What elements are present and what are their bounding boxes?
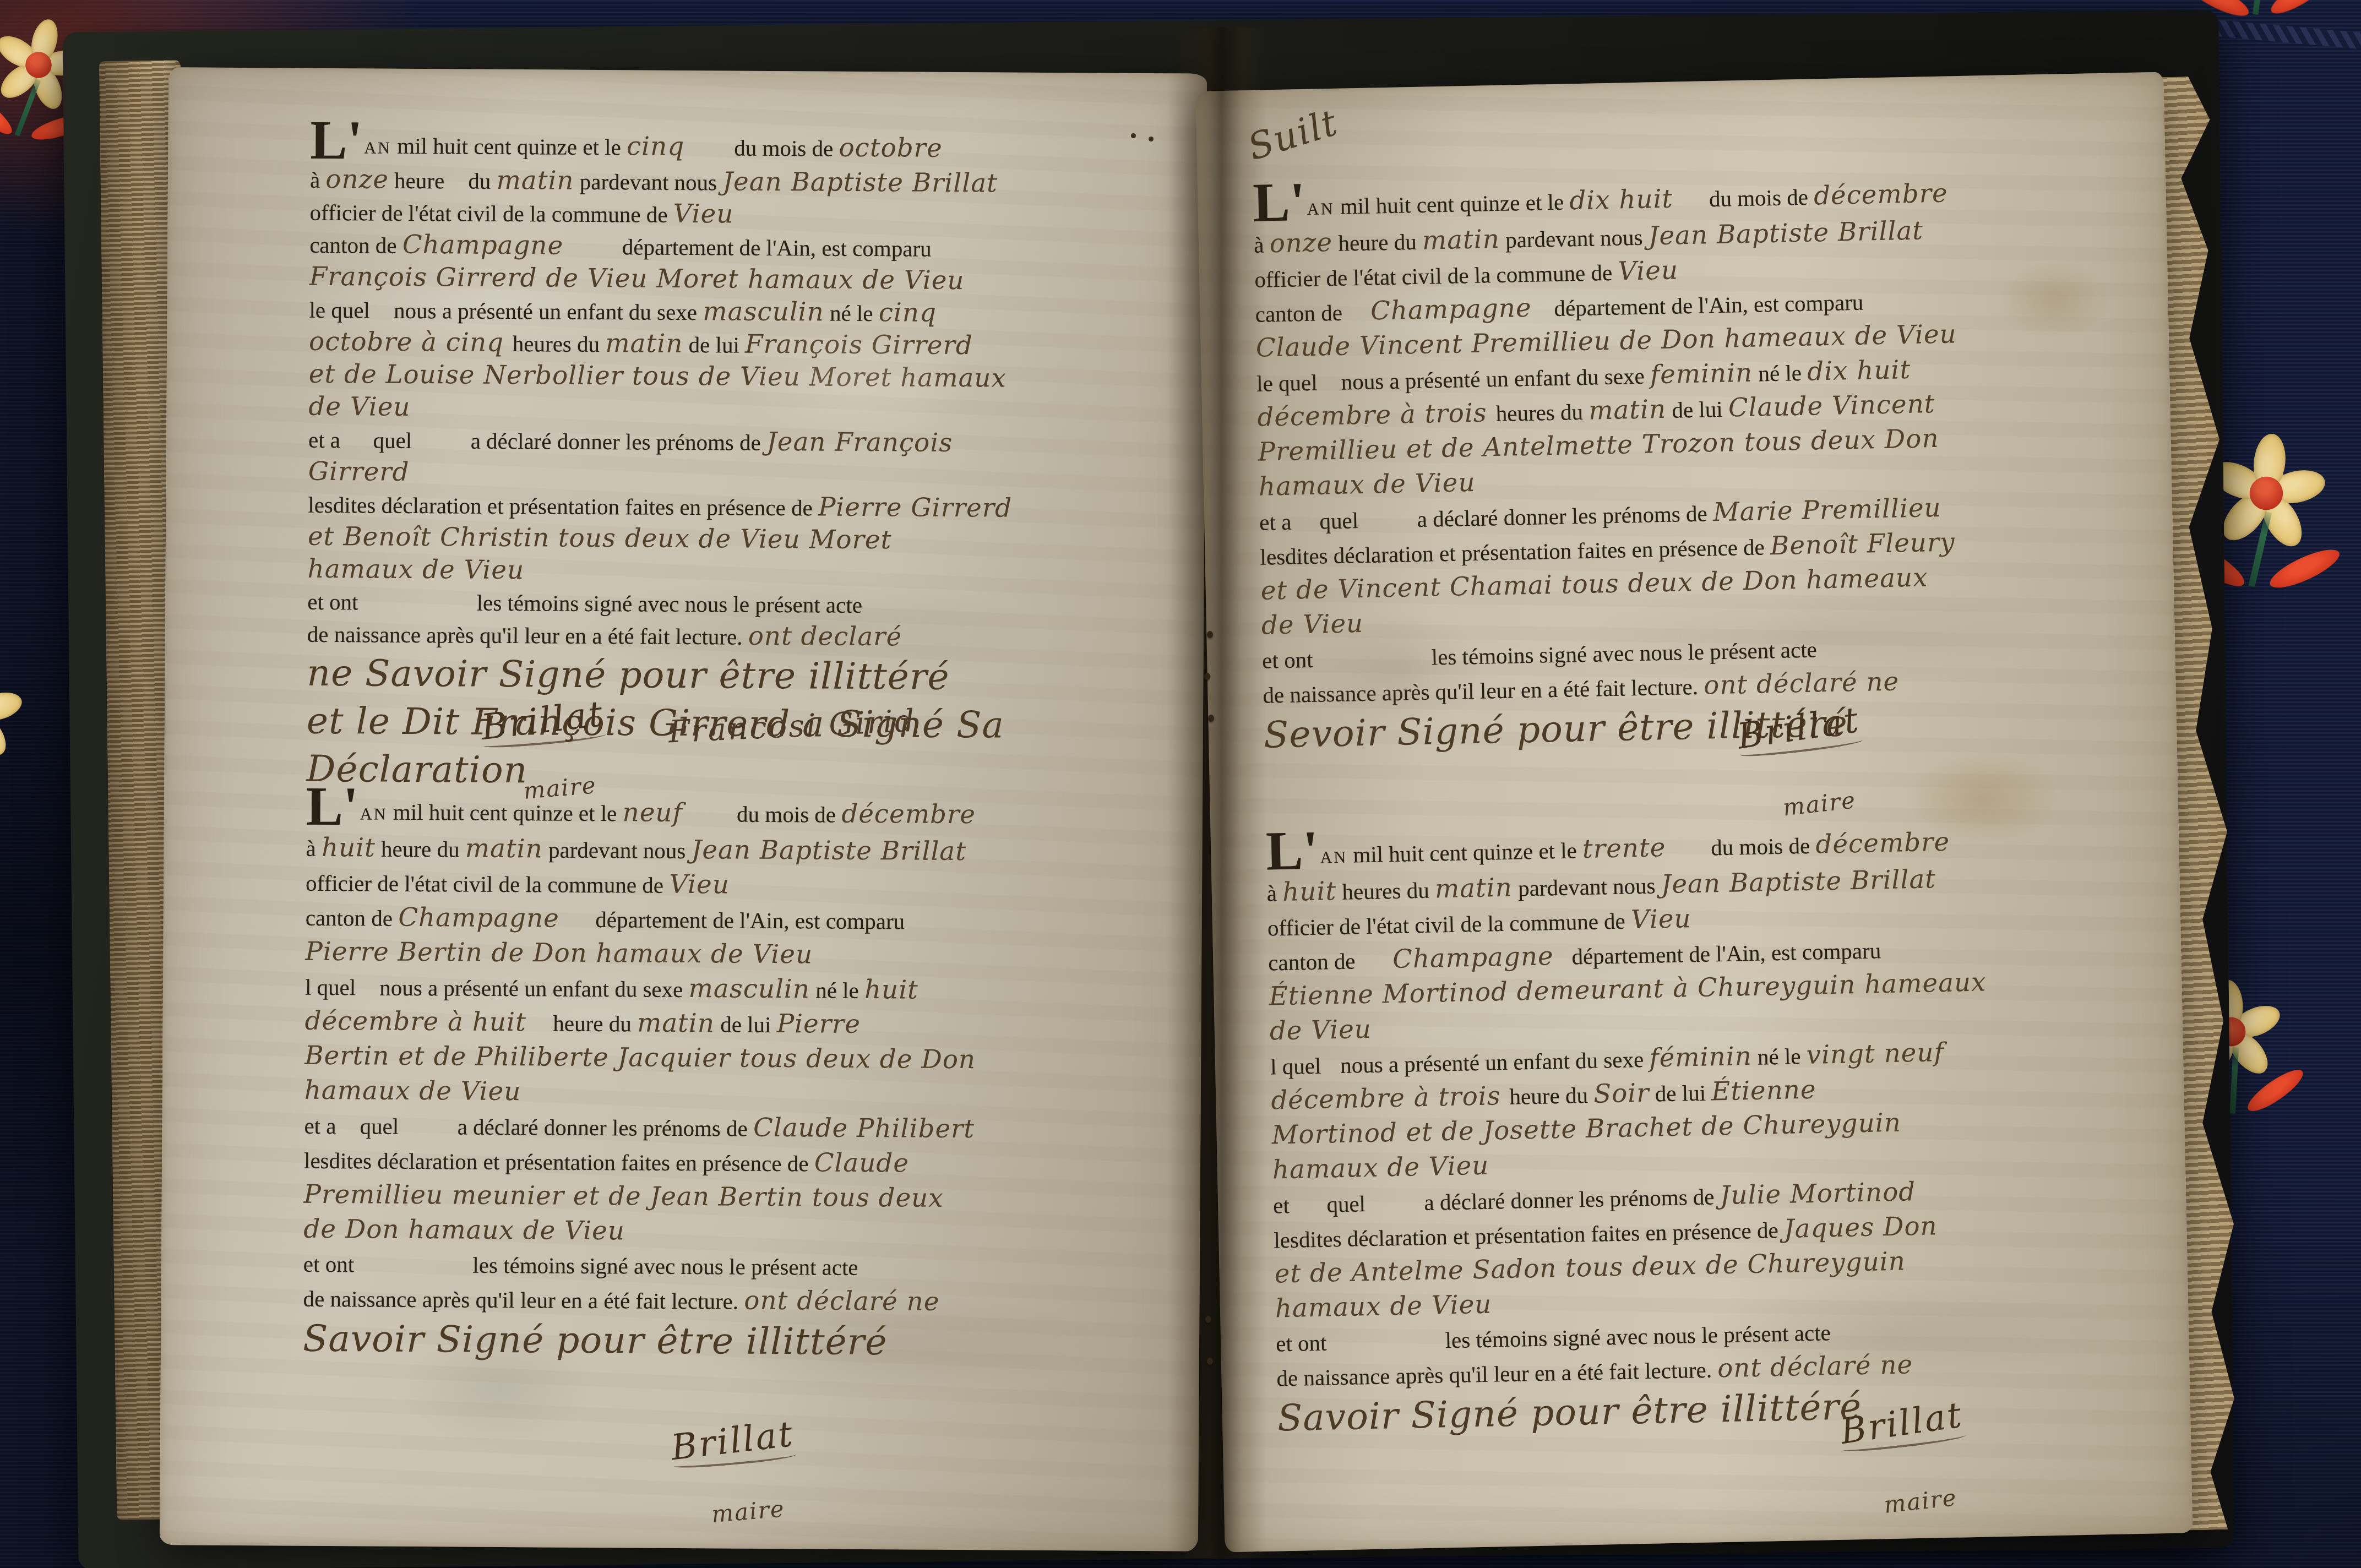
printed-text: l quel (1270, 1053, 1327, 1079)
handwritten-text: ont déclaré ne (1704, 667, 1900, 700)
handwritten-text: matin (1588, 395, 1667, 426)
handwritten-text: Jean Baptiste Brillat (691, 835, 966, 867)
text-line: de naissance après qu'il leur en a été f… (307, 618, 1188, 656)
handwritten-text: octobre (839, 133, 942, 164)
printed-text: les témoins signé avec nous le présent a… (472, 1253, 858, 1280)
text-line: et ont les témoins signé avec nous le pr… (307, 586, 1188, 623)
printed-text: du mois de (734, 135, 839, 161)
handwritten-text: Julie Mortinod (1720, 1177, 1916, 1211)
text-line: canton de Champagnedépartement de l'Ain,… (306, 900, 1187, 940)
printed-text: à (306, 836, 322, 861)
printed-text: né le (1751, 1043, 1807, 1070)
printed-text: de lui (1666, 396, 1729, 423)
printed-text: de naissance après qu'il leur en a été f… (1276, 1357, 1718, 1391)
handwritten-text: Champagne (402, 230, 564, 261)
printed-text: de naissance après qu'il leur en a été f… (1263, 674, 1704, 708)
handwritten-text: cinq (879, 298, 937, 328)
handwritten-text: neuf (622, 798, 682, 828)
printed-text: heures du (1495, 399, 1588, 426)
handwritten-text: Jean Baptiste Brillat (1661, 864, 1936, 900)
printed-text: a déclaré donner les prénoms de (471, 428, 767, 455)
printed-text: à (1254, 232, 1270, 258)
handwritten-text: hamaux de Vieu (1258, 468, 1476, 502)
text-line: Girrerd (308, 456, 1189, 494)
printed-text: AN (360, 804, 388, 823)
handwritten-text: matin (1422, 225, 1500, 256)
handwritten-text: Champagne (398, 903, 559, 934)
text-line: l quel nous a présenté un enfant du sexe… (305, 970, 1186, 1010)
handwritten-text: huit (322, 833, 376, 863)
text-line: de naissance après qu'il leur en a été f… (303, 1281, 1184, 1321)
binding-stitch (1204, 673, 1210, 680)
printed-text: à (310, 167, 326, 193)
signature-title: maire (710, 1495, 786, 1528)
printed-text: heures du (513, 331, 606, 357)
text-line: officier de l'état civil de la commune d… (306, 865, 1187, 906)
handwritten-text: Champagne (1370, 293, 1532, 326)
binding-stitch (1205, 1316, 1211, 1323)
text-line: et a quela déclaré donner les prénoms de… (304, 1108, 1185, 1148)
handwritten-text: Marie Premillieu (1712, 493, 1941, 527)
printed-text: officier de l'état civil de la commune d… (1254, 260, 1618, 292)
printed-text: mil huit cent quinze et le (1347, 837, 1583, 868)
text-line: Bertin et de Philiberte Jacquier tous de… (304, 1039, 1185, 1079)
handwritten-text: huit (864, 975, 918, 1005)
printed-text: pardevant nous (1512, 873, 1661, 901)
handwritten-text: ont déclaré ne (744, 1286, 939, 1317)
printed-text: pardevant nous (574, 169, 722, 195)
handwritten-text: ont declaré (748, 622, 902, 652)
photo-of-register: L'AN mil huit cent quinze et le cinqdu m… (0, 0, 2361, 1568)
printed-text: de naissance après qu'il leur en a été f… (307, 622, 748, 650)
printed-text: mil huit cent quinze et le (391, 133, 627, 160)
printed-text: a déclaré donner les prénoms de (1417, 500, 1713, 532)
printed-text: lesdites déclaration et présentation fai… (1274, 1217, 1784, 1253)
text-line: hamaux de Vieu (304, 1074, 1185, 1114)
printed-text: mil huit cent quinze et le (1334, 189, 1570, 219)
right-page: L'AN mil huit cent quinze et le dix huit… (1196, 72, 2193, 1553)
form-blank (1297, 529, 1320, 530)
printed-text: quel (1319, 508, 1359, 533)
printed-text: les témoins signé avec nous le présent a… (1445, 1320, 1831, 1353)
binding-stitch (1207, 631, 1213, 638)
printed-text: et a (1259, 509, 1297, 535)
form-blank (364, 609, 477, 610)
handwritten-text: de Don hamaux de Vieu (303, 1215, 625, 1246)
handwritten-text: ne Savoir Signé pour être illittéré (307, 652, 950, 698)
printed-text: nous a présenté un enfant du sexe (1341, 363, 1650, 394)
text-line: et a quela déclaré donner les prénoms de… (308, 423, 1189, 461)
form-blank (360, 1272, 472, 1272)
handwritten-text: cinq (627, 132, 684, 162)
text-line: à huit heure du matin pardevant nous Jea… (306, 831, 1187, 871)
printed-text: né le (824, 301, 879, 326)
handwritten-text: décembre à trois (1257, 398, 1496, 433)
printed-text: du mois de (1711, 833, 1816, 861)
handwritten-text: Jean Baptiste Brillat (722, 167, 998, 198)
printed-text: AN (1307, 199, 1334, 219)
printed-text: et a (308, 427, 346, 453)
printed-text: L' (1252, 171, 1305, 233)
form-blank (1366, 1210, 1424, 1211)
handwritten-text: Pierre Bertin de Don hamaux de Vieu (305, 937, 813, 970)
paraphe-mark: Suilt (1243, 101, 1343, 169)
handwritten-text: matin (637, 1008, 715, 1038)
binding-stitch (1207, 1358, 1213, 1365)
printed-text: du (468, 168, 497, 194)
text-line: et Benoît Christin tous deux de Vieu Mor… (308, 521, 1189, 559)
printed-text: heure du (553, 1011, 637, 1037)
printed-text: officier de l'état civil de la commune d… (306, 870, 669, 898)
handwritten-text: Claude Philibert (753, 1113, 975, 1144)
handwritten-text: Pierre (777, 1009, 861, 1039)
binding-stitch (1208, 715, 1214, 722)
handwritten-text: décembre à huit (304, 1006, 535, 1038)
form-blank (1319, 665, 1432, 667)
birth-act-left-2: L'AN mil huit cent quinze et le neufdu m… (303, 794, 1187, 1369)
handwritten-text: Vieu (1630, 904, 1691, 935)
text-line: à onze heure du matin pardevant nous Jea… (310, 164, 1191, 202)
form-blank (1666, 855, 1711, 856)
printed-text: canton de (1268, 948, 1361, 975)
birth-act-right-1: L'AN mil huit cent quinze et le dix huit… (1253, 173, 2128, 760)
handwritten-text: Vieu (673, 199, 734, 230)
printed-text: nous a présenté un enfant du sexe (379, 975, 689, 1002)
text-line: Savoir Signé pour être illittéré (303, 1316, 1184, 1369)
handwritten-text: Jaques Don (1783, 1211, 1938, 1244)
handwritten-text: Savoir Signé pour être illittéré (1277, 1385, 1862, 1439)
printed-text: les témoins signé avec nous le présent a… (477, 590, 862, 618)
printed-text: quel (1326, 1191, 1366, 1217)
text-line: de Vieu (308, 391, 1189, 429)
printed-text: le quel (1256, 369, 1324, 396)
printed-text: de lui (683, 332, 745, 358)
handwritten-text: feminin (1650, 358, 1753, 390)
text-line: L'AN mil huit cent quinze et le neufdu m… (306, 794, 1187, 836)
text-line: Pierre Bertin de Don hamaux de Vieu (305, 935, 1186, 975)
text-line: le quel nous a présenté un enfant du sex… (309, 293, 1190, 331)
printed-text: département de l'Ain, est comparu (1554, 290, 1864, 321)
handwritten-text: masculin (688, 974, 810, 1004)
printed-text: les témoins signé avec nous le présent a… (1431, 636, 1817, 669)
printed-text: département de l'Ain, est comparu (622, 234, 932, 261)
handwritten-text: Jean François (766, 427, 953, 458)
text-line: hamaux de Vieu (307, 553, 1188, 591)
handwritten-text: Soir (1593, 1079, 1650, 1109)
handwritten-text: François Girrerd de Vieu Moret hamaux de… (309, 262, 965, 296)
signature-title: maire (1782, 786, 1858, 821)
form-blank (1361, 968, 1392, 968)
handwritten-text: de Vieu (1269, 1015, 1372, 1047)
form-blank (563, 254, 622, 255)
printed-text: AN (364, 138, 391, 157)
handwritten-text: matin (1434, 873, 1513, 905)
handwritten-text: masculin (703, 297, 824, 327)
text-line: et ont les témoins signé avec nous le pr… (303, 1247, 1184, 1287)
printed-text: nous a présenté un enfant du sexe (394, 298, 703, 325)
handwritten-text: Jean Baptiste Brillat (1648, 216, 1923, 251)
handwritten-text: Girrerd (308, 457, 410, 487)
printed-text: a déclaré donner les prénoms de (1424, 1184, 1720, 1215)
handwritten-text: et de Louise Nerbollier tous de Vieu Mor… (309, 360, 1007, 394)
handwritten-text: Pierre Girrerd (818, 492, 1012, 523)
handwritten-text: ont déclaré ne (1717, 1350, 1913, 1384)
form-blank (1554, 965, 1572, 965)
printed-text: canton de (306, 905, 399, 931)
handwritten-text: onze (1269, 228, 1333, 259)
printed-text: né le (810, 977, 864, 1003)
handwritten-text: matin (605, 329, 683, 359)
printed-text: canton de (309, 232, 402, 258)
text-line: canton de Champagnedépartement de l'Ain,… (309, 228, 1190, 266)
ink-dot (1131, 133, 1136, 138)
signature-title: maire (1883, 1484, 1959, 1518)
ink-dot (1149, 137, 1154, 141)
printed-text: pardevant nous (543, 837, 692, 863)
handwritten-text: trente (1582, 833, 1666, 864)
printed-text: officier de l'état civil de la commune d… (309, 200, 673, 227)
handwritten-text: hamaux de Vieu (304, 1076, 521, 1107)
handwritten-text: Étienne (1711, 1075, 1816, 1107)
text-line: et de Louise Nerbollier tous de Vieu Mor… (309, 358, 1190, 396)
form-blank (1532, 316, 1554, 317)
handwritten-text: Claude Vincent (1728, 389, 1935, 423)
text-line: François Girrerd de Vieu Moret hamaux de… (309, 261, 1190, 299)
printed-text: né le (1753, 360, 1808, 386)
text-line: ne Savoir Signé pour être illittéré (307, 650, 1188, 704)
printed-text: heure (389, 168, 450, 194)
handwritten-text: hamaux de Vieu (1275, 1290, 1492, 1324)
printed-text: de naissance après qu'il leur en a été f… (303, 1286, 744, 1314)
handwritten-text: décembre (841, 799, 976, 830)
handwritten-text: matin (465, 834, 543, 864)
printed-text: officier de l'état civil de la commune d… (1267, 908, 1631, 940)
text-line: Déclaration (306, 746, 1188, 799)
handwritten-text: décembre à trois (1271, 1081, 1510, 1116)
printed-text: heure (376, 836, 437, 862)
handwritten-text: Claude (814, 1148, 910, 1178)
handwritten-text: hamaux de Vieu (1272, 1151, 1489, 1185)
printed-text: département de l'Ain, est comparu (1571, 938, 1881, 969)
handwritten-text: octobre à cinq (309, 327, 513, 358)
handwritten-text: décembre (1814, 179, 1949, 211)
handwritten-text: Vieu (1618, 255, 1679, 286)
signature: Brillat (669, 1414, 797, 1472)
printed-text: du (437, 836, 465, 862)
handwritten-text: François Girrerd (745, 330, 973, 361)
printed-text: du mois de (737, 802, 841, 827)
form-blank (1323, 390, 1341, 390)
handwritten-text: onze (325, 165, 389, 195)
handwritten-text: féminin (1649, 1042, 1752, 1074)
handwritten-text: Champagne (1392, 941, 1554, 974)
printed-text: lesdites déclaration et présentation fai… (304, 1148, 814, 1177)
form-blank (1673, 206, 1710, 207)
handwritten-text: et Benoît Christin tous deux de Vieu Mor… (308, 522, 892, 555)
handwritten-text: de Vieu (308, 392, 410, 422)
printed-text: et ont (307, 589, 364, 615)
form-blank (1358, 527, 1417, 528)
printed-text: L' (310, 109, 363, 171)
handwritten-text: vingt neuf (1806, 1038, 1944, 1070)
printed-text: L' (306, 775, 359, 837)
printed-text: heure (1332, 230, 1394, 256)
printed-text: heure du (1509, 1082, 1593, 1109)
text-line: Premillieu meunier et de Jean Bertin tou… (304, 1178, 1185, 1218)
printed-text: lesdites déclaration et présentation fai… (308, 492, 818, 521)
printed-text: quel (360, 1113, 399, 1139)
printed-text: département de l'Ain, est comparu (595, 907, 905, 934)
handwritten-text: huit (1282, 876, 1337, 907)
text-line: octobre à cinq heures du matin de lui Fr… (309, 326, 1190, 364)
text-line: officier de l'état civil de la commune d… (309, 196, 1190, 234)
handwritten-text: de Vieu (1261, 609, 1364, 641)
handwritten-text: Savoir Signé pour être illittéré (303, 1317, 888, 1363)
printed-text: et a (304, 1113, 342, 1139)
printed-text: lesdites déclaration et présentation fai… (1260, 534, 1770, 570)
text-line: lesdites déclaration et présentation fai… (308, 488, 1189, 526)
form-blank (1295, 1212, 1326, 1213)
birth-act-right-2: L'AN mil huit cent quinze et le trentedu… (1266, 821, 2142, 1443)
printed-text: mil huit cent quinze et le (388, 799, 623, 826)
handwritten-text: Benoît Fleury (1770, 527, 1955, 561)
printed-text: de lui (1649, 1080, 1712, 1106)
printed-text: L' (1265, 819, 1319, 882)
handwritten-text: dix huit (1807, 355, 1911, 387)
text-line: décembre à huit heure du matin de lui Pi… (304, 1004, 1185, 1044)
form-blank (412, 448, 471, 449)
printed-text: du mois de (1709, 184, 1814, 211)
printed-text: et ont (303, 1251, 360, 1277)
handwritten-text: hamaux de Vieu (307, 554, 524, 585)
printed-text: a déclaré donner les prénoms de (458, 1114, 754, 1141)
printed-text: et ont (1276, 1330, 1332, 1356)
form-blank (683, 821, 737, 822)
handwritten-text: Vieu (669, 870, 730, 900)
form-blank (399, 1134, 458, 1135)
birth-act-left-1: L'AN mil huit cent quinze et le cinqdu m… (306, 129, 1191, 799)
printed-text: AN (1320, 848, 1347, 867)
printed-text: de lui (715, 1011, 777, 1037)
printed-text: et (1273, 1193, 1296, 1218)
left-page: L'AN mil huit cent quinze et le cinqdu m… (160, 67, 1207, 1551)
handwritten-text: dix huit (1569, 184, 1673, 216)
form-blank (1348, 320, 1370, 320)
printed-text: heures du (1336, 877, 1435, 905)
text-line: lesdites déclaration et présentation fai… (304, 1143, 1185, 1183)
printed-text: et ont (1262, 647, 1319, 673)
printed-text: quel (373, 428, 412, 453)
handwritten-text: matin (496, 166, 574, 196)
form-blank (684, 155, 734, 156)
text-line: L'AN mil huit cent quinze et le cinqdu m… (310, 129, 1191, 169)
printed-text: l quel (305, 974, 362, 1000)
handwritten-text: Bertin et de Philiberte Jacquier tous de… (304, 1041, 976, 1075)
form-blank (1332, 1348, 1445, 1350)
printed-text: pardevant nous (1499, 224, 1649, 252)
printed-text: le quel (309, 297, 376, 323)
printed-text: nous a présenté un enfant du sexe (1340, 1047, 1650, 1078)
handwritten-text: Premillieu meunier et de Jean Bertin tou… (304, 1180, 944, 1213)
printed-text: du (1394, 229, 1422, 255)
printed-text: canton de (1255, 300, 1348, 326)
printed-text: à (1266, 880, 1282, 906)
handwritten-text: décembre (1815, 827, 1950, 860)
text-line: de Don hamaux de Vieu (303, 1212, 1184, 1253)
